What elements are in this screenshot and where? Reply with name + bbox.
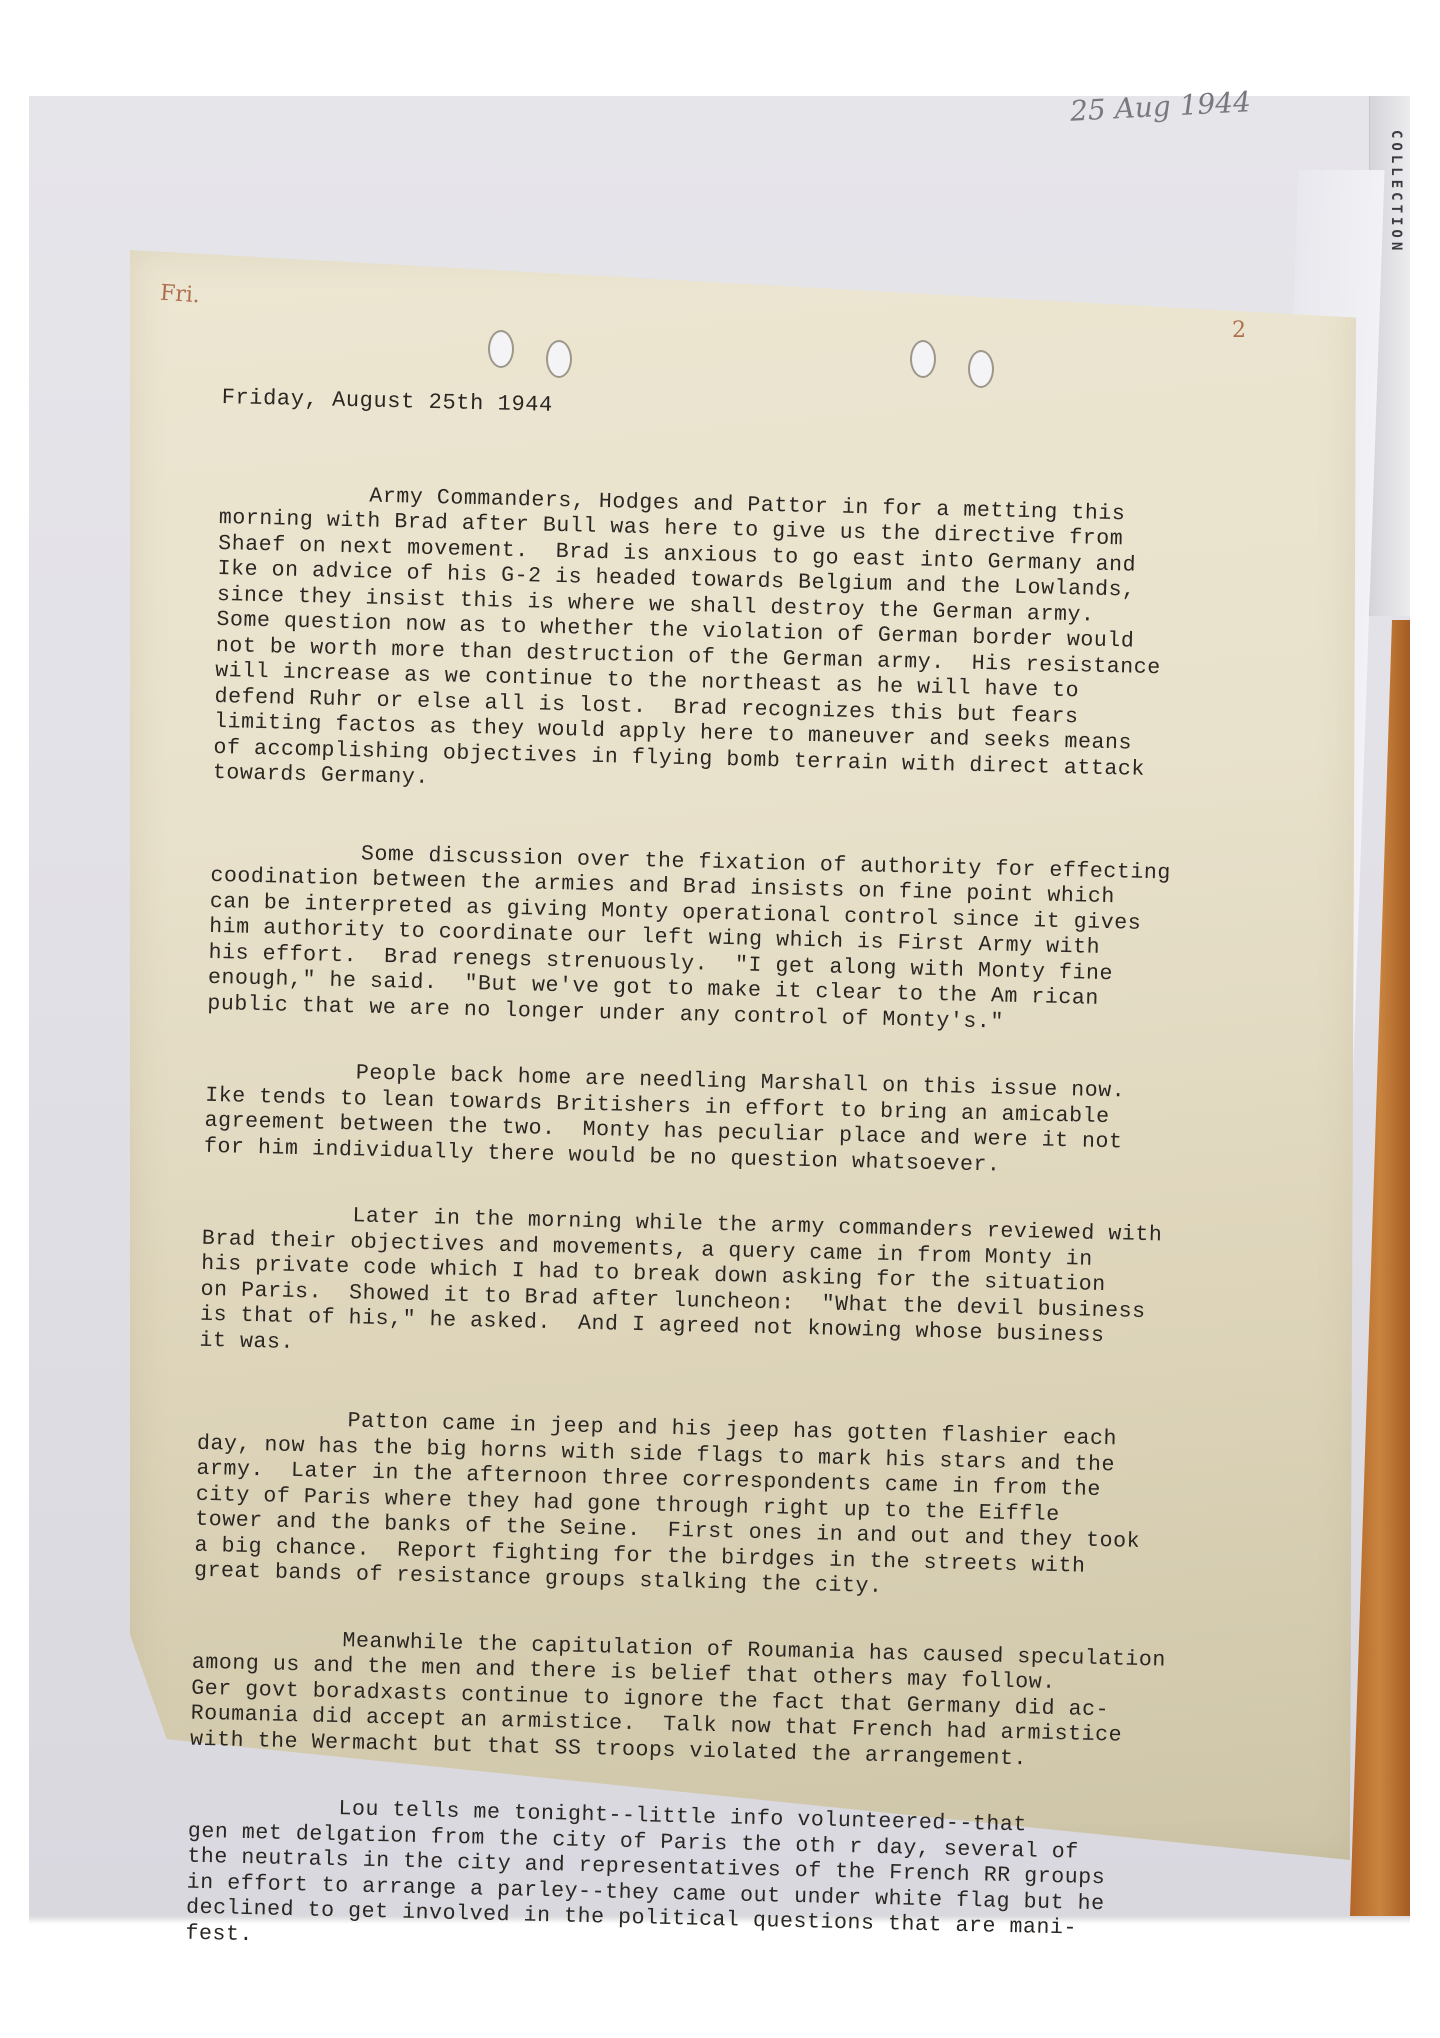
diary-paragraph: People back home are needling Marshall o… [204,1058,1266,1185]
diary-paragraph: Later in the morning while the army comm… [199,1201,1262,1379]
punch-hole [546,340,572,378]
corner-mark-right: 2 [1232,318,1246,343]
punch-hole [968,350,994,388]
diary-paragraph: Some discussion over the fixation of aut… [207,838,1271,1041]
diary-paragraph: Meanwhile the capitulation of Roumania h… [190,1625,1253,1777]
diary-entry: Friday, August 25th 1944 Army Commanders… [184,385,1281,2013]
punch-hole [910,340,936,378]
diary-paragraph: Lou tells me tonight--little info volunt… [185,1794,1248,1972]
diary-paragraphs: Army Commanders, Hodges and Pattor in fo… [185,480,1279,1971]
diary-paragraph: Patton came in jeep and his jeep has got… [194,1406,1258,1609]
diary-paragraph: Army Commanders, Hodges and Pattor in fo… [213,480,1280,811]
punch-hole [488,330,514,368]
corner-mark-left: Fri. [159,281,200,309]
